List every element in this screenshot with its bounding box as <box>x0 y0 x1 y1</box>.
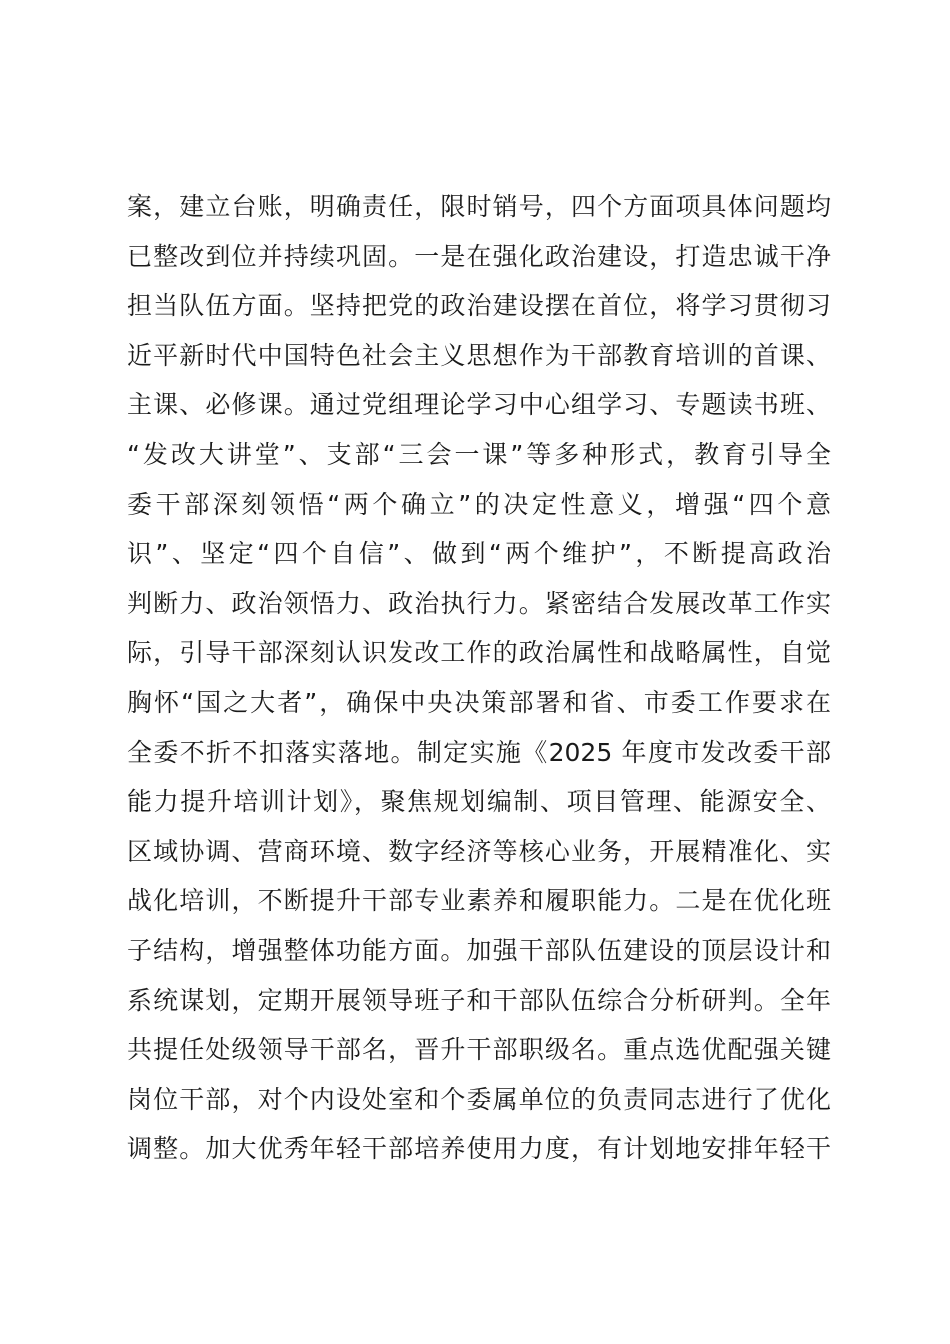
text-line: 案，建立台账，明确责任，限时销号，四个方面项具体问题均 <box>127 186 831 236</box>
text-line: 际，引导干部深刻认识发改工作的政治属性和战略属性，自觉 <box>127 632 831 682</box>
text-line: 识”、坚定“四个自信”、做到“两个维护”，不断提高政治 <box>127 533 831 583</box>
text-line: 子结构，增强整体功能方面。加强干部队伍建设的顶层设计和 <box>127 930 831 980</box>
text-line: 近平新时代中国特色社会主义思想作为干部教育培训的首课、 <box>127 335 831 385</box>
text-line: 胸怀“国之大者”，确保中央决策部署和省、市委工作要求在 <box>127 682 831 732</box>
text-line: 能力提升培训计划》，聚焦规划编制、项目管理、能源安全、 <box>127 781 831 831</box>
text-line: 主课、必修课。通过党组理论学习中心组学习、专题读书班、 <box>127 384 831 434</box>
document-body-paragraph: 案，建立台账，明确责任，限时销号，四个方面项具体问题均 已整改到位并持续巩固。一… <box>127 186 831 1178</box>
text-line: 区域协调、营商环境、数字经济等核心业务，开展精准化、实 <box>127 831 831 881</box>
text-line: 判断力、政治领悟力、政治执行力。紧密结合发展改革工作实 <box>127 583 831 633</box>
document-page: 案，建立台账，明确责任，限时销号，四个方面项具体问题均 已整改到位并持续巩固。一… <box>0 0 950 1344</box>
text-line: 全委不折不扣落实落地。制定实施《2025 年度市发改委干部 <box>127 732 831 782</box>
text-line: 系统谋划，定期开展领导班子和干部队伍综合分析研判。全年 <box>127 980 831 1030</box>
text-line: “发改大讲堂”、支部“三会一课”等多种形式，教育引导全 <box>127 434 831 484</box>
text-line: 战化培训，不断提升干部专业素养和履职能力。二是在优化班 <box>127 880 831 930</box>
text-line: 共提任处级领导干部名，晋升干部职级名。重点选优配强关键 <box>127 1029 831 1079</box>
text-line: 担当队伍方面。坚持把党的政治建设摆在首位，将学习贯彻习 <box>127 285 831 335</box>
text-line: 调整。加大优秀年轻干部培养使用力度，有计划地安排年轻干 <box>127 1128 831 1178</box>
text-line: 委干部深刻领悟“两个确立”的决定性意义，增强“四个意 <box>127 484 831 534</box>
text-line: 岗位干部，对个内设处室和个委属单位的负责同志进行了优化 <box>127 1079 831 1129</box>
text-line: 已整改到位并持续巩固。一是在强化政治建设，打造忠诚干净 <box>127 236 831 286</box>
